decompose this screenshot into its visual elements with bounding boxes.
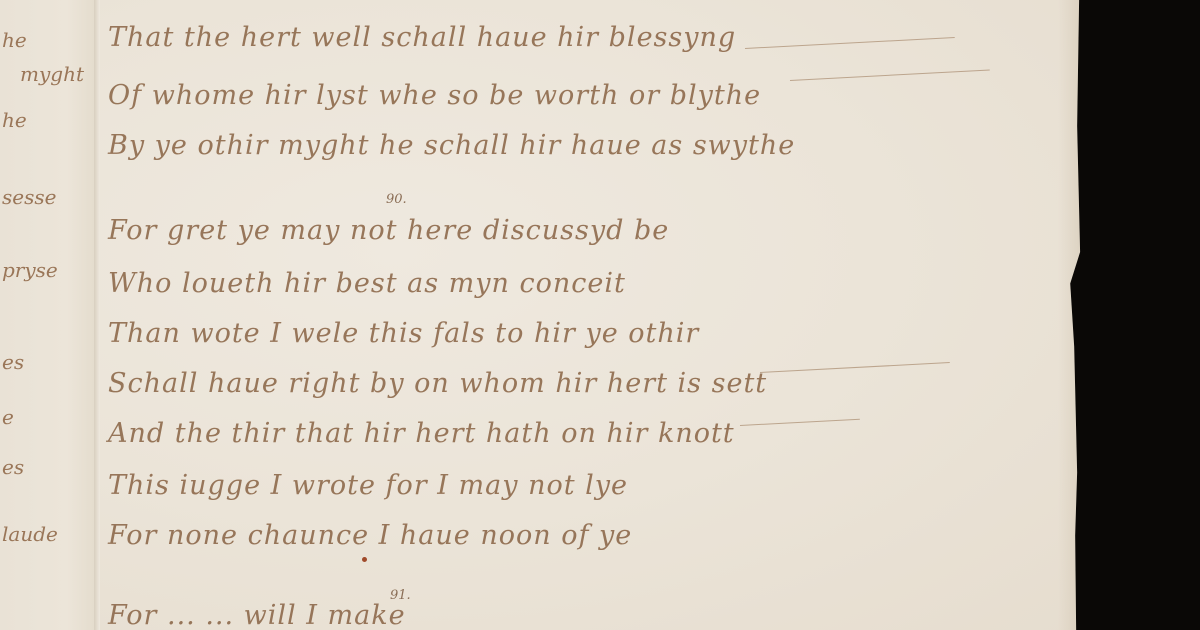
- manuscript-line: Than wote I wele this fals to hir ye oth…: [108, 318, 699, 349]
- manuscript-line: For ... ... will I make: [108, 600, 406, 630]
- ink-stain: [362, 557, 367, 562]
- margin-note: laude: [2, 522, 58, 546]
- folio-number: 90.: [386, 192, 407, 207]
- page-gutter: [94, 0, 100, 630]
- manuscript-line: That the hert well schall haue hir bless…: [108, 22, 736, 53]
- margin-note: he: [2, 28, 27, 52]
- manuscript-line: By ye othir myght he schall hir haue as …: [108, 130, 795, 161]
- margin-note: es: [2, 455, 24, 479]
- margin-note: pryse: [2, 258, 58, 282]
- manuscript-line: Schall haue right by on whom hir hert is…: [108, 368, 767, 399]
- margin-note: es: [2, 350, 24, 374]
- margin-note: myght: [20, 62, 84, 86]
- manuscript-line: And the thir that hir hert hath on hir k…: [108, 418, 735, 449]
- manuscript-line: For gret ye may not here discussyd be: [108, 215, 669, 246]
- margin-note: e: [2, 405, 14, 429]
- manuscript-line: Of whome hir lyst whe so be worth or bly…: [108, 80, 761, 111]
- margin-note: he: [2, 108, 27, 132]
- manuscript-line: Who loueth hir best as myn conceit: [108, 268, 626, 299]
- margin-note: sesse: [2, 185, 56, 209]
- manuscript-line: For none chaunce I haue noon of ye: [108, 520, 632, 551]
- manuscript-line: This iugge I wrote for I may not lye: [108, 470, 628, 501]
